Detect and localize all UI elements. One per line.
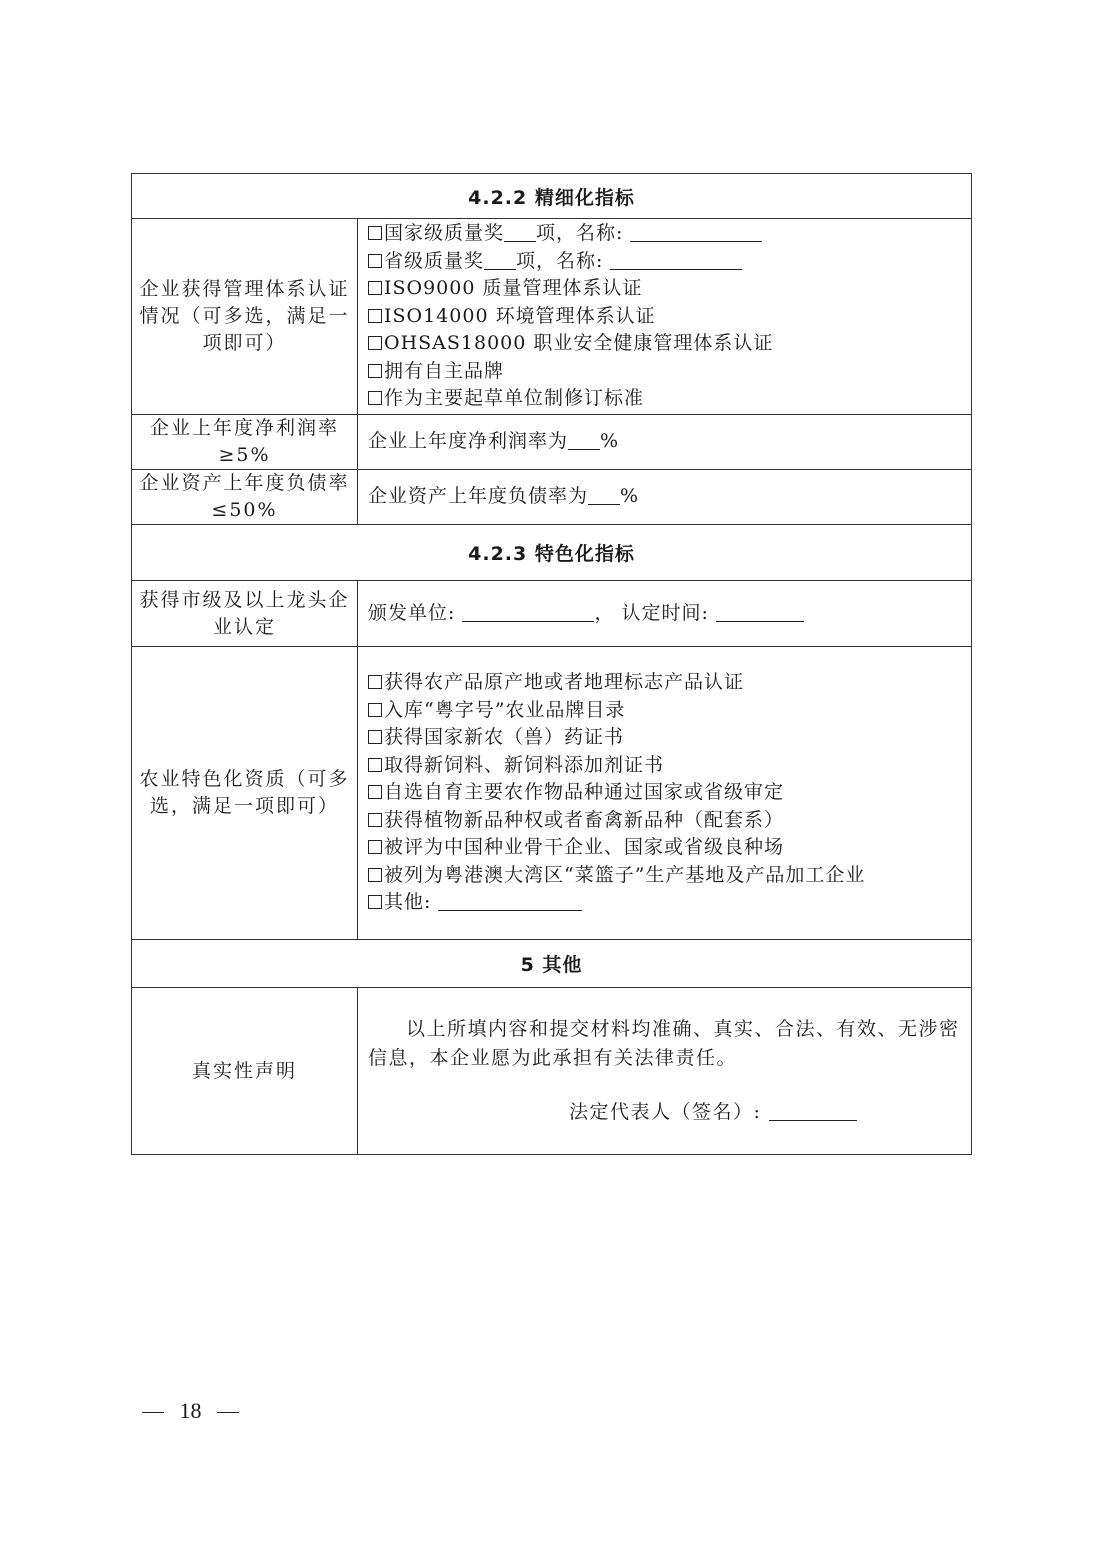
net-profit-rate-field[interactable] xyxy=(568,431,600,450)
option-new-pesticide: 获得国家新农（兽）药证书 xyxy=(368,724,971,752)
leading-enterprise-content: 颁发单位: ， 认定时间: xyxy=(358,581,972,647)
row-authenticity-declaration: 真实性声明 以上所填内容和提交材料均准确、真实、合法、有效、无涉密信息，本企业愿… xyxy=(132,988,972,1155)
section-header-row-4-2-2: 4.2.2 精细化指标 xyxy=(132,174,972,219)
qualification-form-table: 4.2.2 精细化指标 企业获得管理体系认证情况（可多选，满足一项即可） 国家级… xyxy=(131,173,972,1155)
label-debt-ratio: 企业资产上年度负债率≤50% xyxy=(132,470,358,525)
row-debt-ratio: 企业资产上年度负债率≤50% 企业资产上年度负债率为% xyxy=(132,470,972,525)
section-header-row-4-2-3: 4.2.3 特色化指标 xyxy=(132,525,972,581)
option-crop-variety: 自选自育主要农作物品种通过国家或省级审定 xyxy=(368,779,971,807)
national-award-count-field[interactable] xyxy=(504,223,536,242)
section-title-4-2-3: 4.2.3 特色化指标 xyxy=(132,525,972,581)
debt-ratio-content: 企业资产上年度负债率为% xyxy=(358,470,972,525)
row-net-profit-rate: 企业上年度净利润率≥5% 企业上年度净利润率为% xyxy=(132,415,972,470)
checkbox-own-brand[interactable] xyxy=(368,364,382,378)
legal-rep-signature: 法定代表人（签名）: xyxy=(368,1099,961,1127)
checkbox-other[interactable] xyxy=(368,895,382,909)
net-profit-rate-content: 企业上年度净利润率为% xyxy=(358,415,972,470)
option-iso14000: ISO14000 环境管理体系认证 xyxy=(368,303,971,331)
declaration-statement: 以上所填内容和提交材料均准确、真实、合法、有效、无涉密信息，本企业愿为此承担有关… xyxy=(368,1015,961,1073)
certification-date-field[interactable] xyxy=(716,603,804,622)
label-leading-enterprise: 获得市级及以上龙头企业认定 xyxy=(132,581,358,647)
agri-qualifications-options: 获得农产品原产地或者地理标志产品认证 入库“粤字号”农业品牌目录 获得国家新农（… xyxy=(358,647,972,940)
checkbox-provincial-quality-award[interactable] xyxy=(368,254,382,268)
checkbox-national-quality-award[interactable] xyxy=(368,226,382,240)
option-seed-enterprise: 被评为中国种业骨干企业、国家或省级良种场 xyxy=(368,834,971,862)
label-management-certification: 企业获得管理体系认证情况（可多选，满足一项即可） xyxy=(132,219,358,415)
section-header-row-5: 5 其他 xyxy=(132,940,972,988)
checkbox-iso14000[interactable] xyxy=(368,309,382,323)
checkbox-new-feed[interactable] xyxy=(368,758,382,772)
option-geo-indication: 获得农产品原产地或者地理标志产品认证 xyxy=(368,669,971,697)
option-standard-drafting: 作为主要起草单位制修订标准 xyxy=(368,385,971,413)
management-certification-options: 国家级质量奖项，名称: 省级质量奖项，名称: ISO9000 质量管理体系认证 … xyxy=(358,219,972,415)
option-ohsas18000: OHSAS18000 职业安全健康管理体系认证 xyxy=(368,330,971,358)
option-own-brand: 拥有自主品牌 xyxy=(368,358,971,386)
signature-field[interactable] xyxy=(769,1102,857,1121)
label-agri-qualifications: 农业特色化资质（可多选，满足一项即可） xyxy=(132,647,358,940)
checkbox-seed-enterprise[interactable] xyxy=(368,840,382,854)
option-new-feed: 取得新饲料、新饲料添加剂证书 xyxy=(368,752,971,780)
section-title-4-2-2: 4.2.2 精细化指标 xyxy=(132,174,972,219)
checkbox-ohsas18000[interactable] xyxy=(368,336,382,350)
checkbox-vegetable-basket[interactable] xyxy=(368,868,382,882)
checkbox-plant-variety-right[interactable] xyxy=(368,813,382,827)
checkbox-standard-drafting[interactable] xyxy=(368,391,382,405)
label-authenticity-declaration: 真实性声明 xyxy=(132,988,358,1155)
checkbox-iso9000[interactable] xyxy=(368,281,382,295)
option-other: 其他: xyxy=(368,889,971,917)
checkbox-geo-indication[interactable] xyxy=(368,675,382,689)
issuing-unit-field[interactable] xyxy=(462,603,594,622)
document-page: 4.2.2 精细化指标 企业获得管理体系认证情况（可多选，满足一项即可） 国家级… xyxy=(0,0,1102,1559)
option-national-quality-award: 国家级质量奖项，名称: xyxy=(368,220,971,248)
page-number: 18 xyxy=(142,1398,239,1424)
row-agri-qualifications: 农业特色化资质（可多选，满足一项即可） 获得农产品原产地或者地理标志产品认证 入… xyxy=(132,647,972,940)
debt-ratio-field[interactable] xyxy=(588,486,620,505)
checkbox-crop-variety[interactable] xyxy=(368,785,382,799)
dash-right xyxy=(217,1412,239,1413)
provincial-award-count-field[interactable] xyxy=(484,251,516,270)
option-plant-variety-right: 获得植物新品种权或者畜禽新品种（配套系） xyxy=(368,807,971,835)
checkbox-new-pesticide[interactable] xyxy=(368,730,382,744)
provincial-award-name-field[interactable] xyxy=(610,251,742,270)
row-management-certification: 企业获得管理体系认证情况（可多选，满足一项即可） 国家级质量奖项，名称: 省级质… xyxy=(132,219,972,415)
authenticity-declaration-content: 以上所填内容和提交材料均准确、真实、合法、有效、无涉密信息，本企业愿为此承担有关… xyxy=(358,988,972,1155)
row-leading-enterprise: 获得市级及以上龙头企业认定 颁发单位: ， 认定时间: xyxy=(132,581,972,647)
option-iso9000: ISO9000 质量管理体系认证 xyxy=(368,275,971,303)
option-provincial-quality-award: 省级质量奖项，名称: xyxy=(368,248,971,276)
option-yue-brand: 入库“粤字号”农业品牌目录 xyxy=(368,697,971,725)
label-net-profit-rate: 企业上年度净利润率≥5% xyxy=(132,415,358,470)
option-vegetable-basket: 被列为粤港澳大湾区“菜篮子”生产基地及产品加工企业 xyxy=(368,862,971,890)
dash-left xyxy=(142,1412,164,1413)
national-award-name-field[interactable] xyxy=(630,223,762,242)
section-title-5: 5 其他 xyxy=(132,940,972,988)
other-qualification-field[interactable] xyxy=(438,892,582,911)
checkbox-yue-brand[interactable] xyxy=(368,703,382,717)
